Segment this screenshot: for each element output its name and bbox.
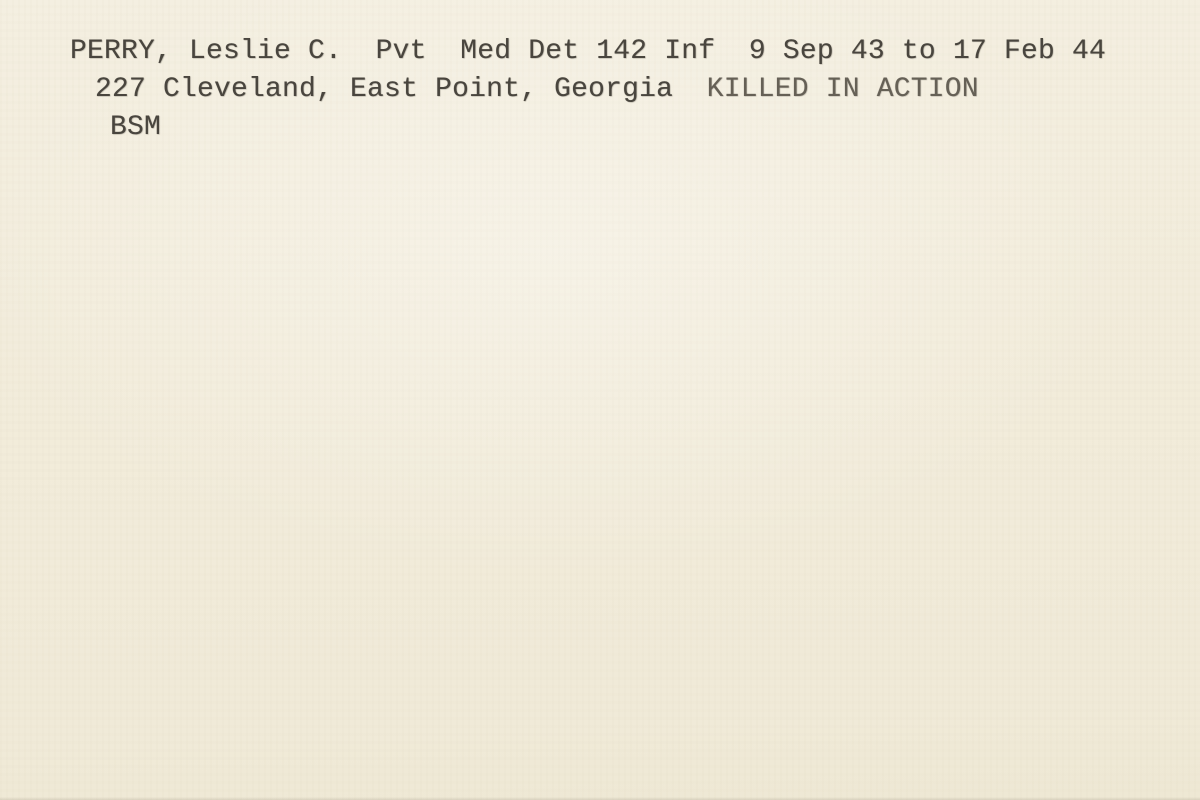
casualty-status: KILLED IN ACTION xyxy=(707,74,979,105)
home-address: 227 Cleveland, East Point, Georgia xyxy=(95,74,673,105)
record-address-line: 227 Cleveland, East Point, GeorgiaKILLED… xyxy=(27,45,979,135)
award-abbreviation: BSM xyxy=(110,112,161,143)
record-award-line: BSM xyxy=(42,83,161,173)
index-card: PERRY, Leslie C.PvtMed Det 142 Inf9 Sep … xyxy=(0,0,1200,800)
